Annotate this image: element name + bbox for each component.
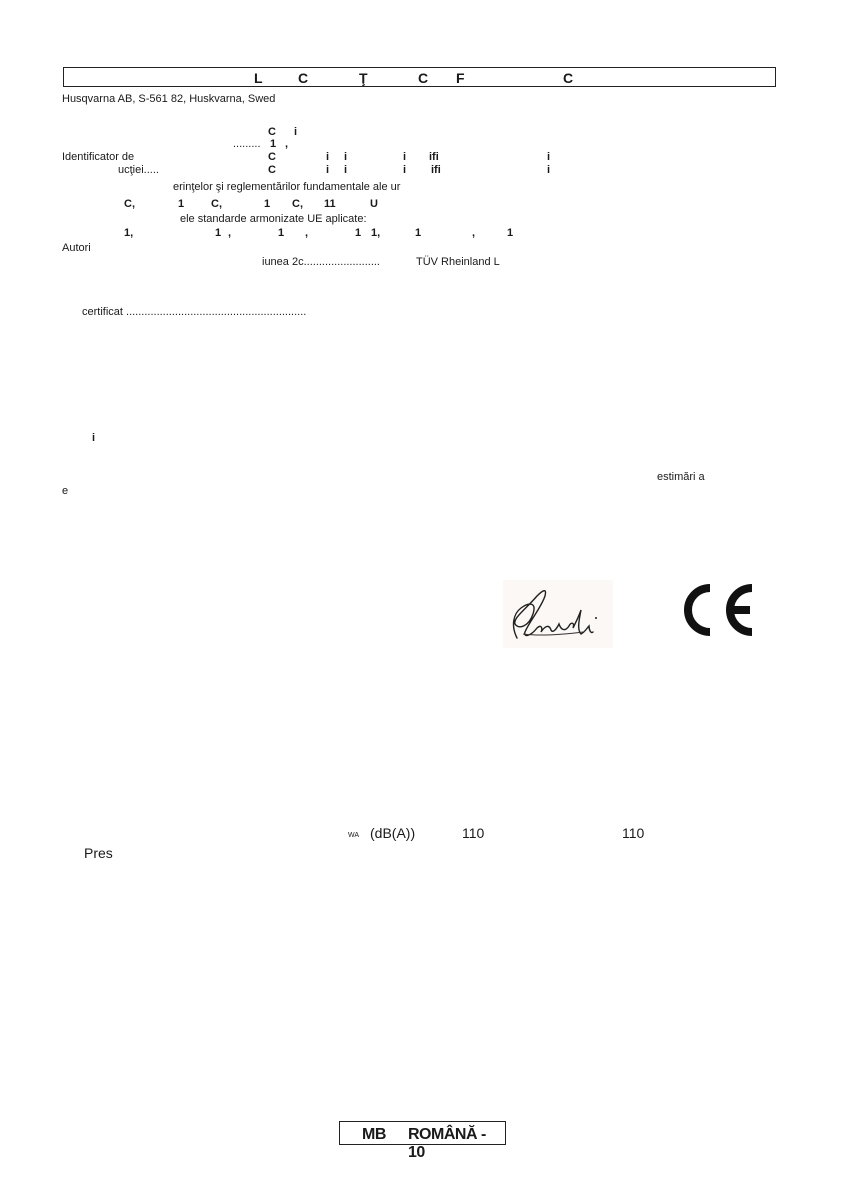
requirements-text: erinţelor şi reglementărilor fundamental… bbox=[173, 182, 400, 193]
directive-token: U bbox=[370, 199, 378, 210]
text-fragment: i bbox=[92, 433, 95, 444]
id-token: i bbox=[403, 152, 406, 163]
title-fragment: C bbox=[298, 70, 308, 86]
id-token: C bbox=[268, 127, 276, 138]
estimate-text: estimări a bbox=[657, 472, 705, 483]
title-fragment: F bbox=[456, 70, 465, 86]
id-token: i bbox=[344, 152, 347, 163]
ce-mark-icon bbox=[676, 582, 756, 638]
authority-section: iunea 2c......................... bbox=[262, 257, 380, 268]
standard-token: 1, bbox=[124, 228, 133, 239]
standard-token: , bbox=[472, 228, 475, 239]
certificate-label: certificat .............................… bbox=[82, 307, 306, 318]
authority-label: Autori bbox=[62, 243, 91, 254]
title-fragment: C bbox=[418, 70, 428, 86]
id-dots: ......... bbox=[233, 139, 261, 150]
standard-token: 1 bbox=[278, 228, 284, 239]
declaration-title-box: L C Ţ C F C bbox=[63, 67, 776, 87]
standard-token: , bbox=[228, 228, 231, 239]
id-token: ifi bbox=[431, 165, 441, 176]
id-token: i bbox=[294, 127, 297, 138]
sound-power-value-2: 110 bbox=[622, 826, 644, 840]
manufacturer-address: Husqvarna AB, S-561 82, Huskvarna, Swed bbox=[62, 94, 275, 105]
sound-pressure-label: Pres bbox=[84, 846, 113, 860]
directive-token: 1 bbox=[178, 199, 184, 210]
directive-token: C, bbox=[292, 199, 303, 210]
page-number-label: ROMÂNĂ - 10 bbox=[408, 1126, 505, 1162]
title-fragment: L bbox=[254, 70, 263, 86]
id-token: i bbox=[547, 165, 550, 176]
identifier-label: Identificator de bbox=[62, 152, 134, 163]
directive-token: C, bbox=[124, 199, 135, 210]
id-token: i bbox=[403, 165, 406, 176]
text-fragment: e bbox=[62, 486, 68, 497]
page-footer: MB ROMÂNĂ - 10 bbox=[339, 1121, 506, 1145]
standards-label: ele standarde armonizate UE aplicate: bbox=[180, 214, 367, 225]
production-label: ucţiei..... bbox=[118, 165, 159, 176]
id-token: , bbox=[285, 139, 288, 150]
notified-body-name: TÜV Rheinland L bbox=[416, 257, 500, 268]
model-label: MB bbox=[362, 1126, 386, 1144]
standard-token: , bbox=[305, 228, 308, 239]
id-token: ifi bbox=[429, 152, 439, 163]
title-fragment: C bbox=[563, 70, 573, 86]
title-fragment: Ţ bbox=[359, 70, 368, 86]
directive-token: 11 bbox=[324, 199, 336, 210]
standard-token: 1 bbox=[415, 228, 421, 239]
id-token: i bbox=[326, 152, 329, 163]
sound-power-subscript: WA bbox=[348, 832, 359, 839]
id-token: i bbox=[547, 152, 550, 163]
id-token: C bbox=[268, 165, 276, 176]
standard-token: 1 bbox=[507, 228, 513, 239]
sound-power-unit: (dB(A)) bbox=[370, 826, 415, 840]
standard-token: 1 bbox=[355, 228, 361, 239]
sound-power-value-1: 110 bbox=[462, 826, 484, 840]
id-token: i bbox=[344, 165, 347, 176]
directive-token: 1 bbox=[264, 199, 270, 210]
standard-token: 1, bbox=[371, 228, 380, 239]
id-token: 1 bbox=[270, 139, 276, 150]
standard-token: 1 bbox=[215, 228, 221, 239]
id-token: C bbox=[268, 152, 276, 163]
signature-image bbox=[503, 580, 613, 648]
id-token: i bbox=[326, 165, 329, 176]
directive-token: C, bbox=[211, 199, 222, 210]
